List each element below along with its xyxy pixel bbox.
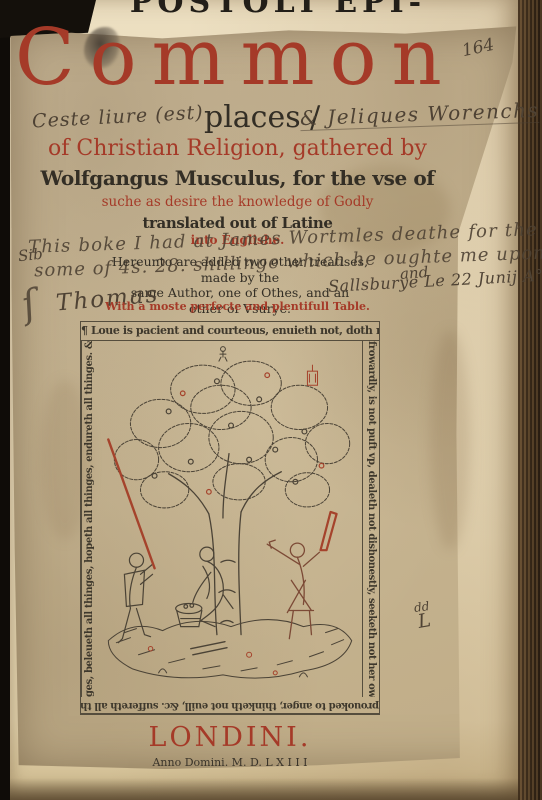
frame-border-right: frowardly, is not puft vp, dealeth not d… [362,341,379,697]
red-line-suche: suche as desire the knowledge of Godly [15,194,460,210]
bottom-shadow [10,778,520,800]
blackletter-line-author: Wolfgangus Musculus, for the vse of [15,166,460,190]
hanging-cage [307,365,317,385]
treetop-figure [219,347,227,361]
paper-stain [430,330,470,550]
imprint-date: Anno Domini. M. D. L X I I I [80,756,380,769]
ground-mound [108,620,351,679]
tree-canopy [114,361,349,508]
frame-border-bottom: prouoked to anger, thinketh not euill, &… [81,697,379,714]
fruit-dots [152,373,324,494]
basket [176,603,202,626]
red-club [321,512,337,550]
red-line-table: With a moste perfecte and plentifull Tab… [15,300,460,313]
frame-border-left: ges, beleueth all thinges, hopeth all th… [81,341,98,697]
red-line-religion: of Christian Religion, gathered by [15,136,460,161]
figure-right [267,540,319,639]
imprint-city: LONDINI. [80,722,380,753]
woodcut-center [98,341,362,697]
hw-sib: Sib [17,245,43,265]
page-scan: POSTOLI EPI- 164 Common Ceste liure (est… [0,0,542,800]
woodcut-illustration [98,341,362,697]
frame-border-top: ¶ Loue is pacient and courteous, enuieth… [81,322,379,341]
main-title: Common [15,18,450,98]
figure-center [193,547,233,626]
woodcut-frame: ¶ Loue is pacient and courteous, enuieth… [80,321,380,715]
beating-pole [108,440,154,569]
